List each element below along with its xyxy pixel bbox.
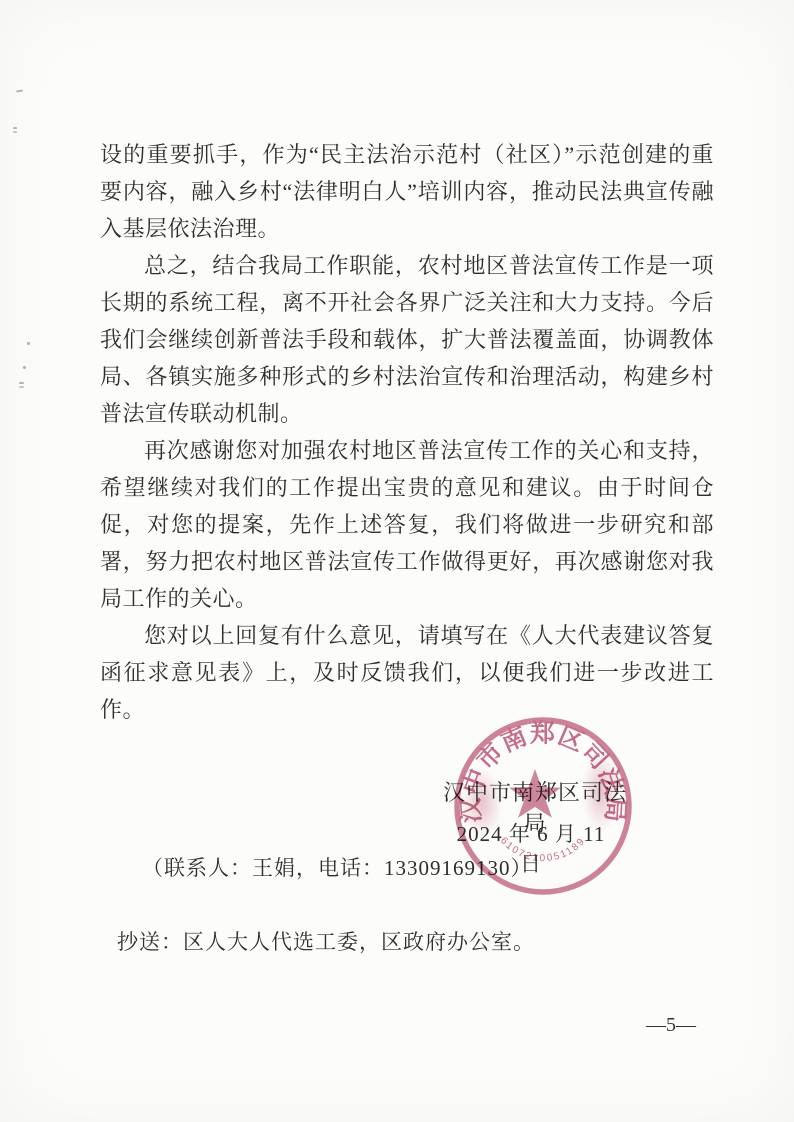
scan-speck — [19, 382, 24, 384]
page-number: —5— — [646, 1014, 696, 1037]
scan-speck — [13, 127, 17, 129]
document-page: 设的重要抓手，作为“民主法治示范村（社区）”示范创建的重要内容，融入乡村“法律明… — [0, 0, 794, 1122]
cc-line: 抄送：区人大人代选工委，区政府办公室。 — [117, 926, 535, 956]
body-paragraph: 您对以上回复有什么意见，请填写在《人大代表建议答复函征求意见表》上，及时反馈我们… — [100, 617, 714, 728]
body-paragraph: 再次感谢您对加强农村地区普法宣传工作的关心和支持，希望继续对我们的工作提出宝贵的… — [100, 432, 714, 617]
scan-speck — [16, 90, 23, 93]
letter-body: 设的重要抓手，作为“民主法治示范村（社区）”示范创建的重要内容，融入乡村“法律明… — [100, 136, 714, 728]
scan-speck — [27, 342, 30, 345]
contact-line: （联系人：王娟，电话：13309169130） — [142, 852, 533, 882]
scan-speck — [23, 366, 26, 369]
body-paragraph: 总之，结合我局工作职能，农村地区普法宣传工作是一项长期的系统工程，离不开社会各界… — [100, 247, 714, 432]
body-paragraph: 设的重要抓手，作为“民主法治示范村（社区）”示范创建的重要内容，融入乡村“法律明… — [100, 136, 714, 247]
